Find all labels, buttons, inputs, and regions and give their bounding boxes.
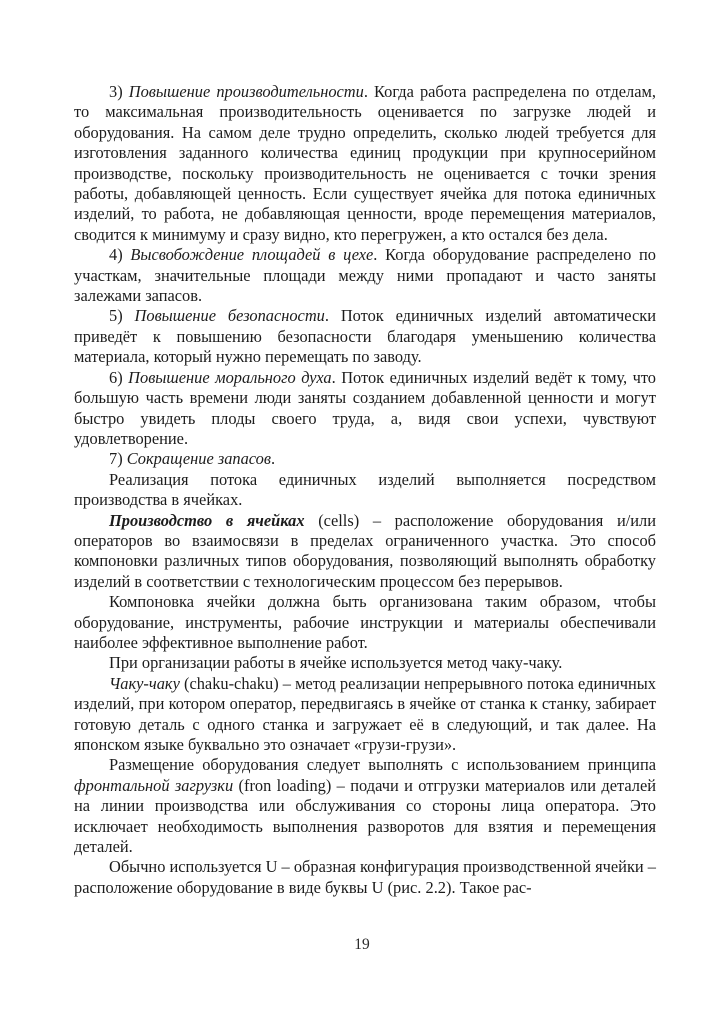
paragraph: Компоновка ячейки должна быть организова… <box>74 592 656 653</box>
text-run: Производство в ячейках <box>109 511 305 530</box>
text-run: Реализация потока единичных изделий выпо… <box>74 470 656 509</box>
paragraph: Производство в ячейках (cells) – располо… <box>74 511 656 593</box>
page-number: 19 <box>0 936 724 954</box>
paragraph: 6) Повышение морального духа. Поток един… <box>74 368 656 450</box>
paragraph: При организации работы в ячейке использу… <box>74 653 656 673</box>
text-run: Сокращение запасов <box>127 449 271 468</box>
paragraph: Обычно используется U – образная конфигу… <box>74 857 656 898</box>
text-run: Компоновка ячейки должна быть организова… <box>74 592 656 652</box>
text-run: 4) <box>109 245 130 264</box>
paragraph: Размещение оборудования следует выполнят… <box>74 755 656 857</box>
text-run: 6) <box>109 368 128 387</box>
text-run: Чаку-чаку <box>109 674 180 693</box>
text-run: Повышение производительности <box>129 82 364 101</box>
text-run: фронтальной загрузки <box>74 776 233 795</box>
text-run: . <box>271 449 275 468</box>
document-page: 3) Повышение производительности. Когда р… <box>0 0 724 1024</box>
text-run: Обычно используется U – образная конфигу… <box>74 857 656 896</box>
paragraph: 4) Высвобождение площадей в цехе. Когда … <box>74 245 656 306</box>
text-block: 3) Повышение производительности. Когда р… <box>74 82 656 898</box>
paragraph: 7) Сокращение запасов. <box>74 449 656 469</box>
text-run: Высвобождение площадей в цехе <box>130 245 373 264</box>
text-run: Повышение морального духа <box>128 368 331 387</box>
text-run: 3) <box>109 82 129 101</box>
text-run: 7) <box>109 449 127 468</box>
text-run: При организации работы в ячейке использу… <box>109 653 562 672</box>
paragraph: 3) Повышение производительности. Когда р… <box>74 82 656 245</box>
text-run: . Когда работа распределена по отделам, … <box>74 82 656 244</box>
paragraph: 5) Повышение безопасности. Поток единичн… <box>74 306 656 367</box>
text-run: 5) <box>109 306 135 325</box>
paragraph: Чаку-чаку (chaku-chaku) – метод реализац… <box>74 674 656 756</box>
text-run: Размещение оборудования следует выполнят… <box>109 755 656 774</box>
paragraph: Реализация потока единичных изделий выпо… <box>74 470 656 511</box>
text-run: Повышение безопасности <box>135 306 325 325</box>
